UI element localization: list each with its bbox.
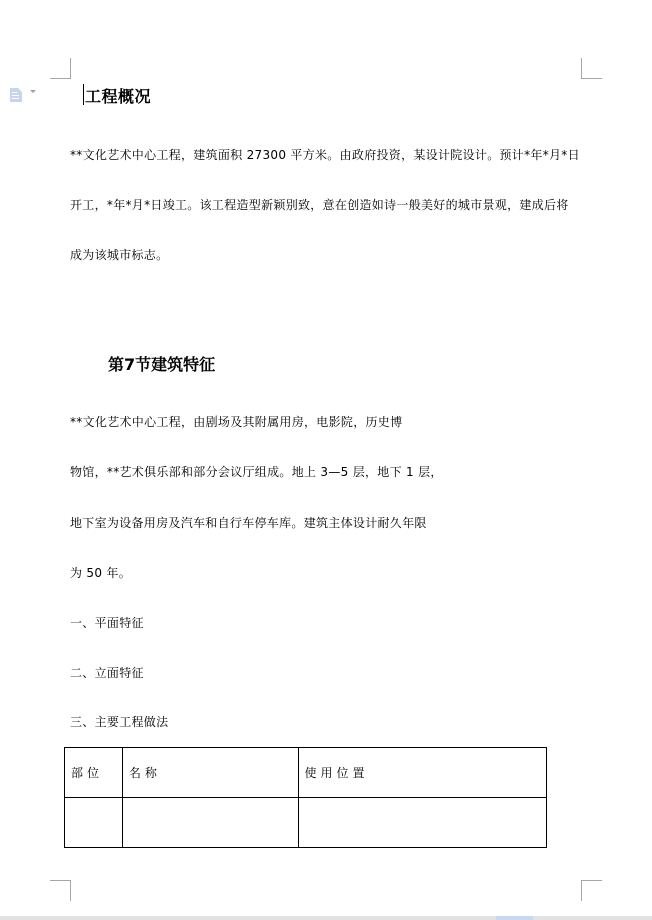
feature-line-4: 为 50 年。 [70, 564, 131, 581]
table-header-cell[interactable]: 部位 [65, 748, 123, 798]
list-item-plan-features: 一、平面特征 [70, 614, 144, 631]
table-cell[interactable] [65, 798, 123, 848]
table-cell[interactable] [298, 798, 546, 848]
feature-line-2: 物馆，**艺术俱乐部和部分会议厅组成。地上 3—5 层，地下 1 层， [70, 463, 443, 480]
margin-corner-bottom-left [50, 880, 71, 901]
margin-corner-bottom-right [581, 880, 602, 901]
scrollbar-thumb[interactable] [496, 916, 533, 920]
heading-building-features: 第7节建筑特征 [108, 352, 215, 375]
table-header-cell[interactable]: 名称 [122, 748, 298, 798]
intro-line-1: **文化艺术中心工程，建筑面积 27300 平方米。由政府投资，某设计院设计。预… [70, 146, 580, 163]
text-cursor [83, 84, 84, 105]
table-row [65, 798, 547, 848]
chevron-down-icon[interactable] [30, 90, 36, 93]
intro-line-2: 开工，*年*月*日竣工。该工程造型新颖别致，意在创造如诗一般美好的城市景观，建成… [70, 196, 569, 213]
list-item-elevation-features: 二、立面特征 [70, 664, 144, 681]
document-outline-icon[interactable] [10, 87, 22, 101]
feature-line-1: **文化艺术中心工程，由剧场及其附属用房，电影院，历史博 [70, 413, 402, 430]
feature-line-3: 地下室为设备用房及汽车和自行车停车库。建筑主体设计耐久年限 [70, 514, 427, 531]
horizontal-scrollbar[interactable] [0, 916, 652, 920]
table-header-cell[interactable]: 使用位置 [298, 748, 546, 798]
table-cell[interactable] [122, 798, 298, 848]
margin-corner-top-left [50, 58, 71, 79]
list-item-main-construction-methods: 三、主要工程做法 [70, 713, 168, 730]
heading-project-overview: 工程概况 [85, 84, 151, 107]
intro-line-3: 成为该城市标志。 [70, 246, 168, 263]
margin-corner-top-right [581, 58, 602, 79]
table-header-row: 部位 名称 使用位置 [65, 748, 547, 798]
construction-table: 部位 名称 使用位置 [64, 747, 547, 848]
